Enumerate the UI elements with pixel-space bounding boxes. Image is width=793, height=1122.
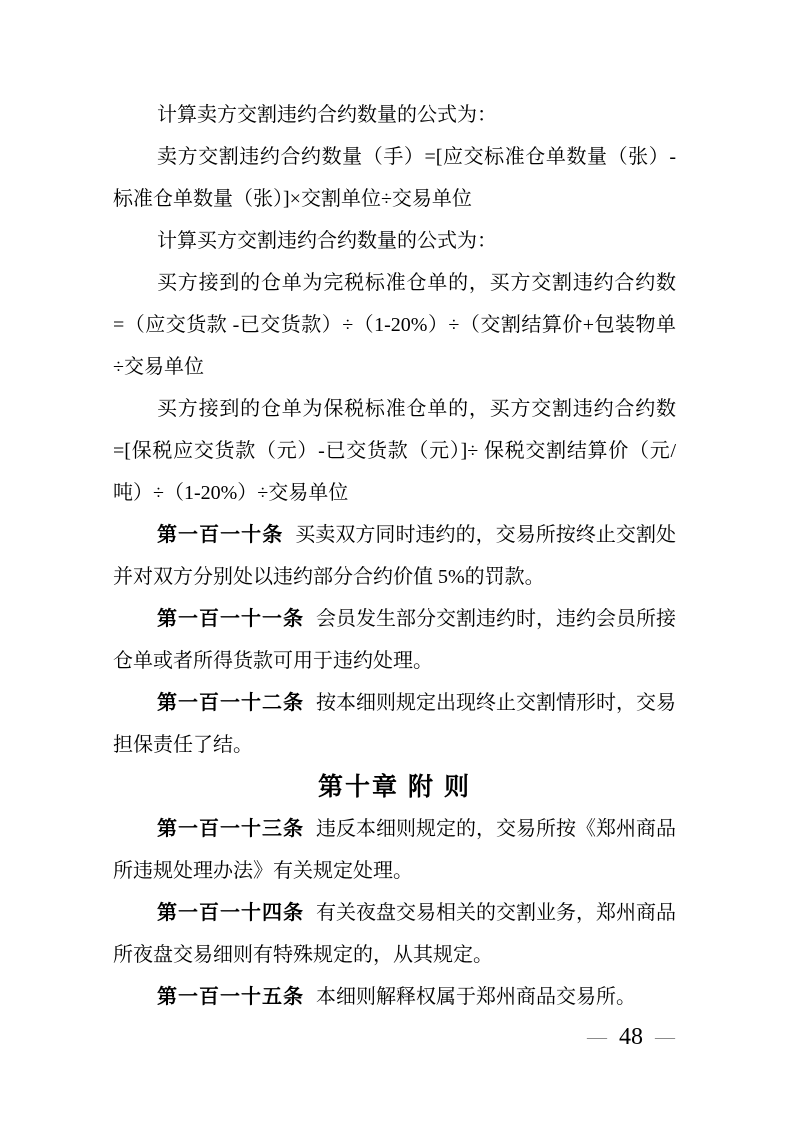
text-line: 买方接到的仓单为保税标准仓单的，买方交割违约合约数量（手） (113, 388, 676, 430)
text-line: 所违规处理办法》有关规定处理。 (113, 850, 676, 892)
article-number: 第一百一十二条 (157, 692, 304, 714)
text-line: 买方接到的仓单为完税标准仓单的，买方交割违约合约数量（手） (113, 262, 676, 304)
text-line: 第一百一十二条按本细则规定出现终止交割情形时，交易所的 (113, 682, 676, 724)
text-line: 第一百一十五条本细则解释权属于郑州商品交易所。 (113, 976, 676, 1018)
chapter-heading: 第十章 附 则 (113, 766, 676, 808)
text-line: ÷交易单位 (113, 346, 676, 388)
text-line: 第一百一十三条违反本细则规定的，交易所按《郑州商品交易 (113, 808, 676, 850)
document-lines: 计算卖方交割违约合约数量的公式为：卖方交割违约合约数量（手）=[应交标准仓单数量… (113, 94, 676, 1018)
text-line: 担保责任了结。 (113, 724, 676, 766)
article-number: 第一百一十五条 (157, 986, 304, 1008)
text-line: 标准仓单数量（张）]×交割单位÷交易单位 (113, 178, 676, 220)
text-line: 所夜盘交易细则有特殊规定的，从其规定。 (113, 934, 676, 976)
article-number: 第一百一十四条 (157, 902, 304, 924)
text-line: 第一百一十四条有关夜盘交易相关的交割业务，郑州商品交易 (113, 892, 676, 934)
article-number: 第一百一十条 (157, 524, 283, 546)
page-number-dash-right: — (655, 1022, 675, 1052)
page-number-dash-left: — (587, 1022, 607, 1052)
article-number: 第一百一十一条 (157, 608, 304, 630)
text-line: 卖方交割违约合约数量（手）=[应交标准仓单数量（张）-已交 (113, 136, 676, 178)
text-line: 吨）÷（1-20%）÷交易单位 (113, 472, 676, 514)
text-line: =（应交货款 -已交货款）÷（1-20%）÷（交割结算价+包装物单价） (113, 304, 676, 346)
text-line: 并对双方分别处以违约部分合约价值 5%的罚款。 (113, 556, 676, 598)
page-number: — 48 — (587, 1022, 675, 1052)
article-text: 本细则解释权属于郑州商品交易所。 (316, 986, 636, 1008)
text-line: =[保税应交货款（元）-已交货款（元）]÷ 保税交割结算价（元/ (113, 430, 676, 472)
text-line: 第一百一十条买卖双方同时违约的，交易所按终止交割处理， (113, 514, 676, 556)
text-line: 计算买方交割违约合约数量的公式为： (113, 220, 676, 262)
text-line: 第一百一十一条会员发生部分交割违约时，违约会员所接标准 (113, 598, 676, 640)
document-page: 计算卖方交割违约合约数量的公式为：卖方交割违约合约数量（手）=[应交标准仓单数量… (0, 0, 793, 1122)
page-number-value: 48 (619, 1022, 643, 1052)
text-line: 计算卖方交割违约合约数量的公式为： (113, 94, 676, 136)
article-number: 第一百一十三条 (157, 818, 304, 840)
text-line: 仓单或者所得货款可用于违约处理。 (113, 640, 676, 682)
